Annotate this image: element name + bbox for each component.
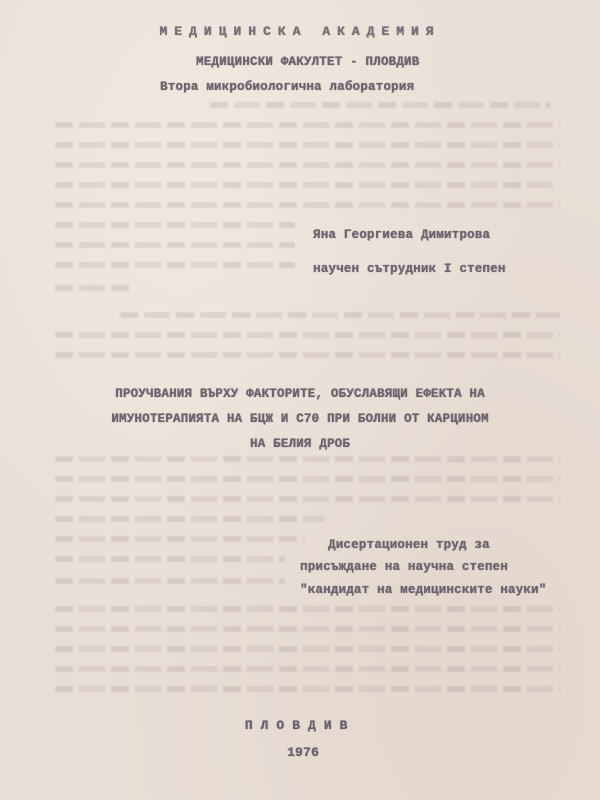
dissertation-title: ПРОУЧВАНИЯ ВЪРХУ ФАКТОРИТЕ, ОБУСЛАВЯЩИ Е… (0, 382, 600, 457)
title-line: ПРОУЧВАНИЯ ВЪРХУ ФАКТОРИТЕ, ОБУСЛАВЯЩИ Е… (0, 382, 600, 407)
laboratory-heading: Втора микробиологична лаборатория (160, 80, 414, 94)
faculty-heading: МЕДИЦИНСКИ ФАКУЛТЕТ - ПЛОВДИВ (196, 55, 419, 69)
institution-heading: МЕДИЦИНСКА АКАДЕМИЯ (0, 24, 600, 39)
title-line: НА БЕЛИЯ ДРОБ (0, 432, 600, 457)
author-name: Яна Георгиева Димитрова (313, 228, 490, 242)
city: ПЛОВДИВ (0, 718, 600, 733)
degree-line: присъждане на научна степен (300, 560, 508, 574)
title-line: ИМУНОТЕРАПИЯТА НА БЦЖ И С70 ПРИ БОЛНИ ОТ… (0, 407, 600, 432)
degree-name: "кандидат на медицинските науки" (300, 583, 546, 597)
dissertation-label: Дисертационен труд за (328, 538, 490, 552)
year: 1976 (287, 745, 319, 760)
author-position: научен сътрудник I степен (313, 262, 506, 276)
